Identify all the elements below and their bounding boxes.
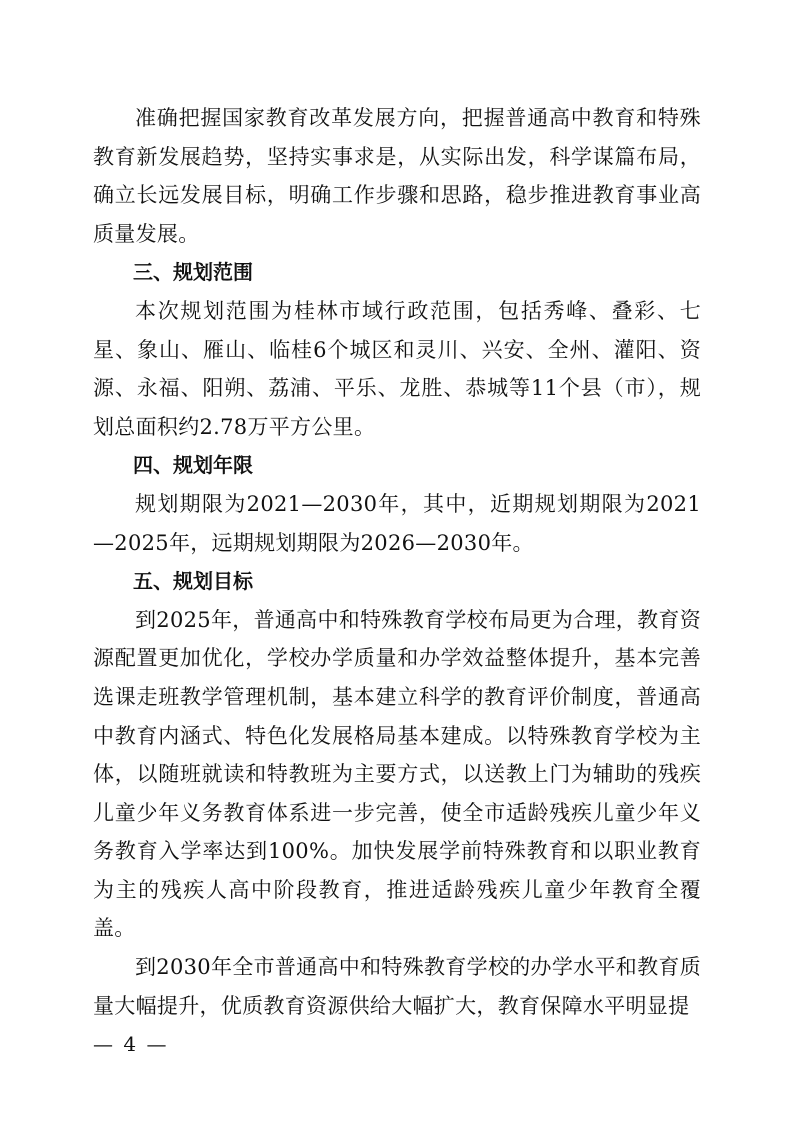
paragraph-planning-period: 规划期限为2021—2030年，其中，近期规划期限为2021—2025年，远期规… — [93, 485, 701, 562]
paragraph-planning-scope: 本次规划范围为桂林市域行政范围，包括秀峰、叠彩、七星、象山、雁山、临桂6个城区和… — [93, 292, 701, 446]
paragraph-goals-2025: 到2025年，普通高中和特殊教育学校布局更为合理，教育资源配置更加优化，学校办学… — [93, 601, 701, 948]
page-number: — 4 — — [93, 1032, 168, 1056]
paragraph-goals-2030: 到2030年全市普通高中和特殊教育学校的办学水平和教育质量大幅提升，优质教育资源… — [93, 948, 701, 1025]
document-page: 准确把握国家教育改革发展方向，把握普通高中教育和特殊教育新发展趋势，坚持实事求是… — [93, 99, 701, 1025]
heading-planning-scope: 三、规划范围 — [93, 253, 701, 292]
paragraph-direction: 准确把握国家教育改革发展方向，把握普通高中教育和特殊教育新发展趋势，坚持实事求是… — [93, 99, 701, 253]
heading-planning-goals: 五、规划目标 — [93, 562, 701, 601]
heading-planning-period: 四、规划年限 — [93, 446, 701, 485]
